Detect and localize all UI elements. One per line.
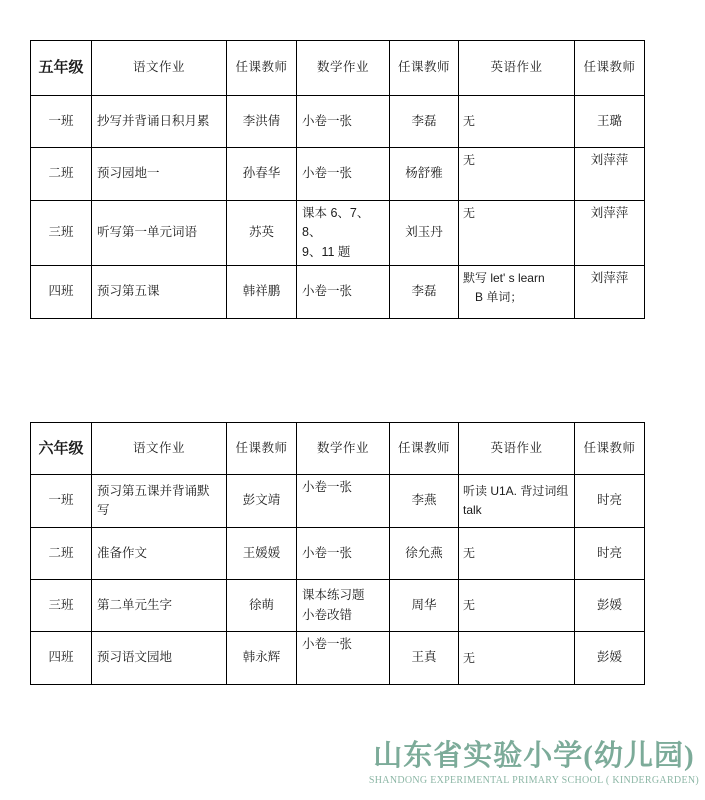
cell-class-label: 二班 (31, 528, 92, 580)
cell-class-label: 三班 (31, 580, 92, 632)
cell-class-label: 二班 (31, 148, 92, 201)
cell-teacher: 刘玉丹 (390, 201, 459, 266)
table-row: 三班听写第一单元词语苏英课本 6、7、8、 9、11 题刘玉丹无刘萍萍 (31, 201, 645, 266)
column-header: 任课教师 (390, 41, 459, 96)
cell-teacher: 徐允燕 (390, 528, 459, 580)
column-header: 任课教师 (575, 41, 645, 96)
cell-homework: 预习第五课 (92, 266, 227, 319)
table-row: 三班第二单元生字徐萌课本练习题 小卷改错周华无彭媛 (31, 580, 645, 632)
cell-homework: 小卷一张 (297, 528, 390, 580)
cell-teacher: 彭媛 (575, 632, 645, 685)
cell-homework: 第二单元生字 (92, 580, 227, 632)
cell-homework: 无 (459, 201, 575, 266)
cell-homework: 小卷一张 (297, 266, 390, 319)
cell-teacher: 孙春华 (227, 148, 297, 201)
cell-homework: 课本练习题 小卷改错 (297, 580, 390, 632)
cell-homework: 预习园地一 (92, 148, 227, 201)
table-row: 二班预习园地一孙春华小卷一张杨舒雅无刘萍萍 (31, 148, 645, 201)
grade-label: 六年级 (31, 423, 92, 475)
column-header: 任课教师 (227, 41, 297, 96)
cell-teacher: 周华 (390, 580, 459, 632)
column-header: 任课教师 (390, 423, 459, 475)
cell-teacher: 刘萍萍 (575, 266, 645, 319)
column-header: 语文作业 (92, 41, 227, 96)
cell-homework: 准备作文 (92, 528, 227, 580)
cell-teacher: 韩祥鹏 (227, 266, 297, 319)
column-header: 语文作业 (92, 423, 227, 475)
column-header: 任课教师 (575, 423, 645, 475)
school-name-english: SHANDONG EXPERIMENTAL PRIMARY SCHOOL ( K… (369, 775, 699, 786)
table-row: 二班准备作文王媛媛小卷一张徐允燕无时亮 (31, 528, 645, 580)
cell-teacher: 时亮 (575, 528, 645, 580)
cell-homework: 小卷一张 (297, 148, 390, 201)
cell-teacher: 时亮 (575, 475, 645, 528)
cell-teacher: 刘萍萍 (575, 148, 645, 201)
column-header: 任课教师 (227, 423, 297, 475)
cell-teacher: 徐萌 (227, 580, 297, 632)
cell-homework: 听写第一单元词语 (92, 201, 227, 266)
cell-teacher: 刘萍萍 (575, 201, 645, 266)
cell-teacher: 苏英 (227, 201, 297, 266)
cell-homework: 无 (459, 96, 575, 148)
cell-homework: 无 (459, 148, 575, 201)
cell-class-label: 一班 (31, 96, 92, 148)
table-row: 四班预习语文园地韩永辉小卷一张王真无彭媛 (31, 632, 645, 685)
cell-teacher: 李磊 (390, 266, 459, 319)
grade6-homework-table: 六年级语文作业任课教师数学作业任课教师英语作业任课教师一班预习第五课并背诵默 写… (30, 422, 645, 685)
cell-homework: 小卷一张 (297, 632, 390, 685)
column-header: 英语作业 (459, 423, 575, 475)
cell-homework: 无 (459, 528, 575, 580)
cell-homework: 无 (459, 632, 575, 685)
cell-teacher: 李磊 (390, 96, 459, 148)
cell-teacher: 王媛媛 (227, 528, 297, 580)
grade-label: 五年级 (31, 41, 92, 96)
cell-homework: 预习语文园地 (92, 632, 227, 685)
table-row: 一班预习第五课并背诵默 写彭文靖小卷一张李燕听读 U1A. 背过词组 talk时… (31, 475, 645, 528)
column-header: 数学作业 (297, 423, 390, 475)
cell-homework: 无 (459, 580, 575, 632)
cell-teacher: 彭媛 (575, 580, 645, 632)
cell-teacher: 彭文靖 (227, 475, 297, 528)
cell-class-label: 三班 (31, 201, 92, 266)
cell-homework: 小卷一张 (297, 475, 390, 528)
cell-homework: 预习第五课并背诵默 写 (92, 475, 227, 528)
cell-homework: 默写 let' s learn B 单词； (459, 266, 575, 319)
table-row: 四班预习第五课韩祥鹏小卷一张李磊默写 let' s learn B 单词；刘萍萍 (31, 266, 645, 319)
column-header: 英语作业 (459, 41, 575, 96)
cell-class-label: 四班 (31, 632, 92, 685)
cell-teacher: 韩永辉 (227, 632, 297, 685)
cell-homework: 抄写并背诵日积月累 (92, 96, 227, 148)
cell-teacher: 王真 (390, 632, 459, 685)
school-logo: 山东省实验小学(幼儿园) SHANDONG EXPERIMENTAL PRIMA… (369, 741, 699, 786)
cell-homework: 课本 6、7、8、 9、11 题 (297, 201, 390, 266)
table-row: 一班抄写并背诵日积月累李洪倩小卷一张李磊无王璐 (31, 96, 645, 148)
grade5-homework-table: 五年级语文作业任课教师数学作业任课教师英语作业任课教师一班抄写并背诵日积月累李洪… (30, 40, 645, 319)
column-header: 数学作业 (297, 41, 390, 96)
cell-teacher: 李洪倩 (227, 96, 297, 148)
school-name-chinese: 山东省实验小学(幼儿园) (369, 741, 699, 773)
cell-teacher: 李燕 (390, 475, 459, 528)
cell-teacher: 杨舒雅 (390, 148, 459, 201)
cell-class-label: 一班 (31, 475, 92, 528)
cell-homework: 小卷一张 (297, 96, 390, 148)
cell-homework: 听读 U1A. 背过词组 talk (459, 475, 575, 528)
cell-teacher: 王璐 (575, 96, 645, 148)
cell-class-label: 四班 (31, 266, 92, 319)
